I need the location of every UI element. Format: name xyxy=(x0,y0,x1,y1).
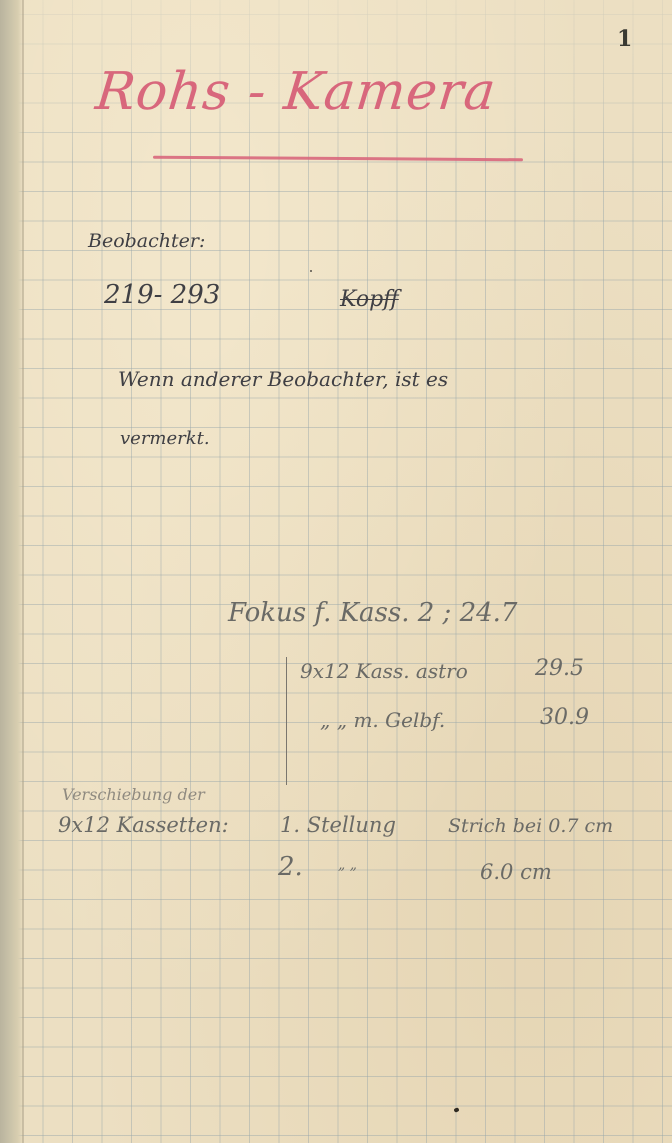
focus-bracket-line xyxy=(286,657,287,785)
cassette-shift-value: 6.0 cm xyxy=(480,860,552,884)
page-binding-edge xyxy=(0,0,24,1143)
focus-row-label: 9x12 Kass. astro xyxy=(300,659,468,683)
note-line-2: vermerkt. xyxy=(120,428,210,449)
cassette-shift-position: 1. Stellung xyxy=(280,813,396,837)
ink-dot xyxy=(310,270,312,272)
cassette-shift-value: Strich bei 0.7 cm xyxy=(448,815,613,837)
observer-plate-range: 219- 293 xyxy=(104,280,220,310)
focus-heading: Fokus f. Kass. 2 ; 24.7 xyxy=(228,598,517,628)
binding-shadow xyxy=(22,0,24,1143)
graph-paper-grid xyxy=(0,0,672,1143)
cassette-shift-position: 2. xyxy=(278,852,303,882)
note-line-1: Wenn anderer Beobachter, ist es xyxy=(118,367,448,391)
focus-row-value: 29.5 xyxy=(535,656,584,681)
cassette-shift-label: 9x12 Kassetten: xyxy=(58,813,229,837)
focus-row-value: 30.9 xyxy=(540,705,589,730)
page-title: Rohs - Kamera xyxy=(93,62,499,122)
observer-label: Beobachter: xyxy=(88,230,205,252)
cassette-shift-heading: Verschiebung der xyxy=(62,785,205,804)
page-number: 1 xyxy=(617,26,632,52)
observer-name: Kopff xyxy=(340,287,399,312)
notebook-page: 1 Rohs - Kamera Beobachter: 219- 293 Kop… xyxy=(0,0,672,1143)
focus-row-label: „ „ m. Gelbf. xyxy=(320,708,445,732)
ditto-marks: „ „ xyxy=(338,857,357,873)
